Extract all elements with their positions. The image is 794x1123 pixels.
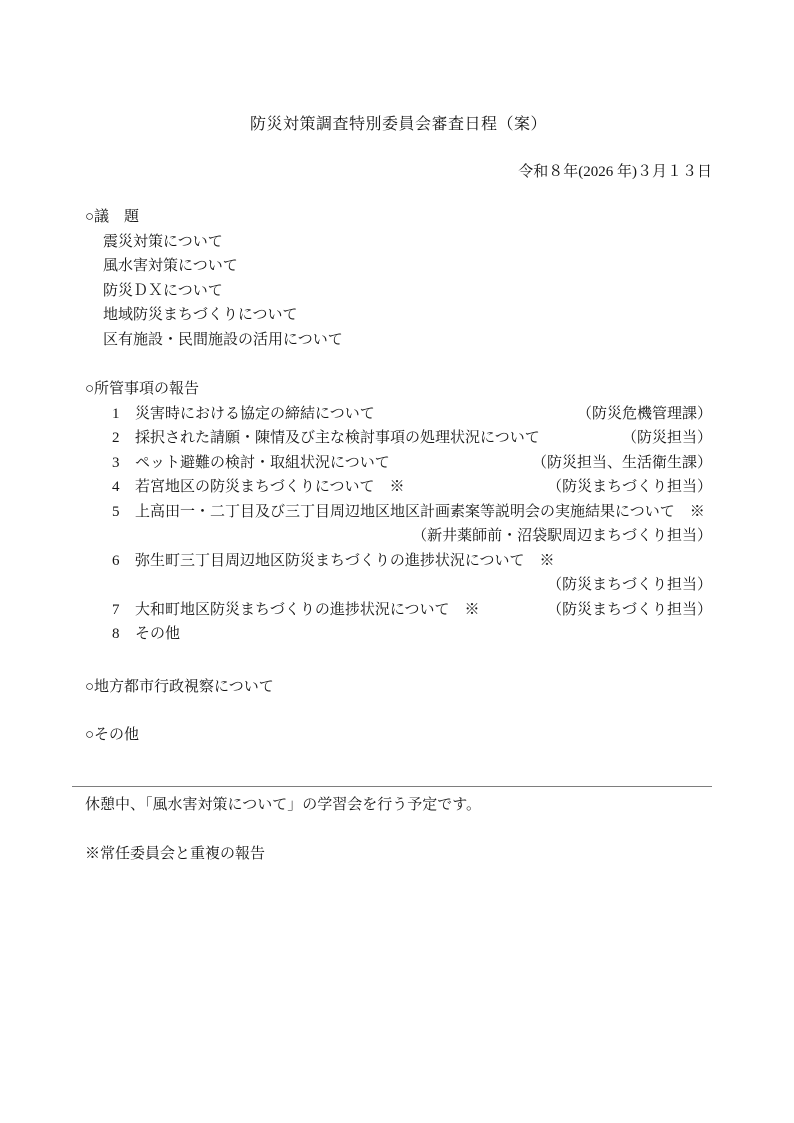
agenda-items: 震災対策について 風水害対策について 防災ＤＸについて 地域防災まちづくりについ… — [103, 230, 712, 353]
report-item: 8 その他 — [85, 622, 712, 647]
report-number: 4 — [112, 475, 135, 500]
report-item: 7 大和町地区防災まちづくりの進捗状況について ※ （防災まちづくり担当） — [85, 598, 712, 623]
report-department: （防災担当） — [622, 426, 712, 451]
reports-heading: ○所管事項の報告 — [85, 377, 712, 402]
inspection-heading: ○地方都市行政視察について — [85, 675, 712, 700]
report-text: 災害時における協定の締結について — [135, 402, 577, 427]
report-number: 5 — [112, 500, 135, 525]
report-text: 若宮地区の防災まちづくりについて ※ — [135, 475, 547, 500]
agenda-item: 区有施設・民間施設の活用について — [103, 328, 712, 353]
agenda-heading: ○議 題 — [85, 205, 712, 230]
report-department: （防災まちづくり担当） — [547, 598, 712, 623]
report-text: 上高田一・二丁目及び三丁目周辺地区地区計画素案等説明会の実施結果について ※ — [135, 500, 712, 525]
overlap-note: ※常任委員会と重複の報告 — [85, 842, 712, 867]
agenda-item: 防災ＤＸについて — [103, 279, 712, 304]
agenda-item: 風水害対策について — [103, 254, 712, 279]
report-number: 7 — [112, 598, 135, 623]
report-department: （新井薬師前・沼袋駅周辺まちづくり担当） — [85, 524, 712, 549]
report-department: （防災担当、生活衛生課） — [532, 451, 712, 476]
report-number: 1 — [112, 402, 135, 427]
report-number: 2 — [112, 426, 135, 451]
report-text: 採択された請願・陳情及び主な検討事項の処理状況について — [135, 426, 622, 451]
report-item: 6 弥生町三丁目周辺地区防災まちづくりの進捗状況について ※ — [85, 549, 712, 574]
document-page: 防災対策調査特別委員会審査日程（案） 令和８年(2026 年)３月１３日 ○議 … — [0, 0, 794, 1123]
report-department: （防災危機管理課） — [577, 402, 712, 427]
others-heading: ○その他 — [85, 723, 712, 748]
document-date: 令和８年(2026 年)３月１３日 — [85, 160, 712, 185]
report-text: 弥生町三丁目周辺地区防災まちづくりの進捗状況について ※ — [135, 549, 712, 574]
report-text: 大和町地区防災まちづくりの進捗状況について ※ — [135, 598, 547, 623]
report-number: 8 — [112, 622, 135, 647]
report-item: 4 若宮地区の防災まちづくりについて ※ （防災まちづくり担当） — [85, 475, 712, 500]
report-text: その他 — [135, 622, 712, 647]
divider-line — [72, 786, 712, 787]
reports-section: ○所管事項の報告 1 災害時における協定の締結について （防災危機管理課） 2 … — [85, 377, 712, 647]
report-item: 2 採択された請願・陳情及び主な検討事項の処理状況について （防災担当） — [85, 426, 712, 451]
report-item: 3 ペット避難の検討・取組状況について （防災担当、生活衛生課） — [85, 451, 712, 476]
document-title: 防災対策調査特別委員会審査日程（案） — [85, 113, 712, 138]
report-text: ペット避難の検討・取組状況について — [135, 451, 532, 476]
report-item: 1 災害時における協定の締結について （防災危機管理課） — [85, 402, 712, 427]
report-department: （防災まちづくり担当） — [547, 475, 712, 500]
agenda-section: ○議 題 震災対策について 風水害対策について 防災ＤＸについて 地域防災まちづ… — [85, 205, 712, 352]
report-department: （防災まちづくり担当） — [85, 573, 712, 598]
agenda-item: 地域防災まちづくりについて — [103, 303, 712, 328]
agenda-item: 震災対策について — [103, 230, 712, 255]
recess-note: 休憩中、「風水害対策について」の学習会を行う予定です。 — [85, 793, 712, 818]
report-item: 5 上高田一・二丁目及び三丁目周辺地区地区計画素案等説明会の実施結果について ※ — [85, 500, 712, 525]
report-number: 6 — [112, 549, 135, 574]
report-number: 3 — [112, 451, 135, 476]
